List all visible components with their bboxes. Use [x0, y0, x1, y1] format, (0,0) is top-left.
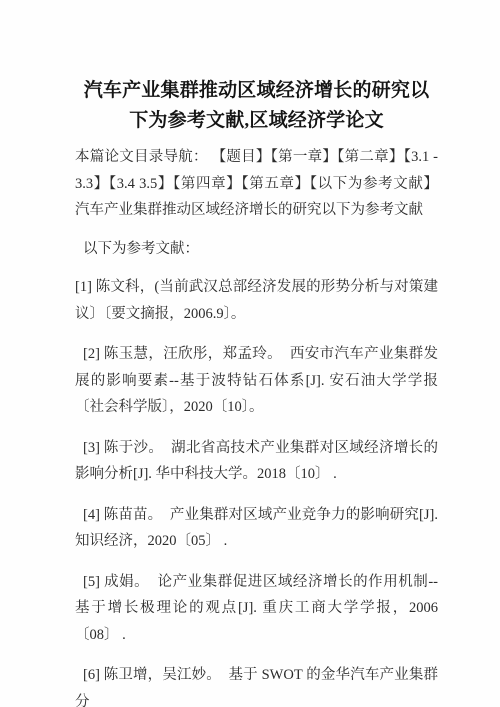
toc-navigation: 本篇论文目录导航： 【题目】【第一章】【第二章】【3.1 - 3.3】【3.4 … [75, 144, 438, 224]
reference-item-1: [1] 陈文科，(当前武汉总部经济发展的形势分析与对策建议〕〔要文摘报，2006… [75, 274, 438, 327]
reference-item-2: [2] 陈玉慧，汪欣彤，郑孟玲。 西安市汽车产业集群发展的影响要素--基于波特钻… [75, 341, 438, 421]
page-title: 汽车产业集群推动区域经济增长的研究以下为参考文献,区域经济学论文 [81, 76, 433, 136]
reference-item-4: [4] 陈苗苗。 产业集群对区域产业竞争力的影响研究[J]. 知识经济，2020… [75, 502, 438, 555]
document-page: 汽车产业集群推动区域经济增长的研究以下为参考文献,区域经济学论文 本篇论文目录导… [0, 0, 500, 707]
reference-item-5: [5] 成娟。 论产业集群促进区域经济增长的作用机制--基于增长极理论的观点[J… [75, 569, 438, 649]
references-heading: 以下为参考文献： [75, 236, 438, 263]
reference-item-3: [3] 陈于沙。 湖北省高技术产业集群对区域经济增长的影响分析[J]. 华中科技… [75, 435, 438, 488]
reference-item-6: [6] 陈卫增，吴江妙。 基于 SWOT 的金华汽车产业集群分 [75, 662, 438, 707]
